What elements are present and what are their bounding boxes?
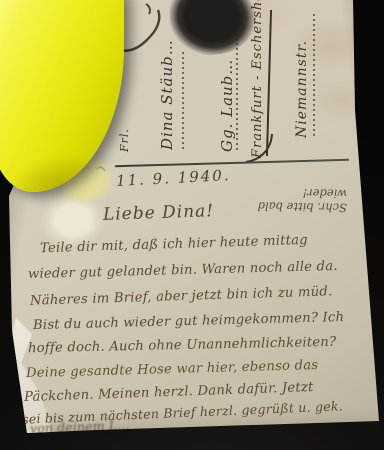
date-handwritten: 11. 9. 1940. [116, 166, 231, 190]
body-line: hoffe doch. Auch ohne Unannehmlichkeiten… [28, 335, 337, 356]
ink-blot [161, 0, 263, 64]
body-line: Näheres im Brief, aber jetzt bin ich zu … [30, 284, 333, 308]
address-guide-line [182, 52, 184, 152]
address-line-street: Niemannstr. [294, 10, 310, 138]
address-line-name: Dina Stäub… [158, 44, 176, 150]
greeting-line: Liebe Dina! [103, 201, 215, 225]
handwritten-underline [266, 10, 272, 156]
signature-line-smudged: von deinem L… [30, 417, 130, 435]
body-line: Deine gesandte Hose war hier, ebenso das [26, 358, 319, 381]
address-salutation: Frl. [118, 116, 131, 152]
photo-of-postcard: Frl. Dina Stäub… Gg. Laub… Frankfurt - E… [0, 0, 384, 450]
address-guide-line [236, 38, 238, 152]
body-line: wieder gut gelandet bin. Waren noch alle… [28, 259, 338, 282]
address-guide-line [313, 14, 315, 138]
upside-down-note: Schr. bitte bald wieder! [243, 185, 347, 215]
upside-down-note-line: Schr. bitte bald [243, 199, 347, 215]
body-line: Bist du auch wieder gut heimgekommen? Ic… [33, 310, 345, 333]
address-divider-line [115, 159, 349, 168]
